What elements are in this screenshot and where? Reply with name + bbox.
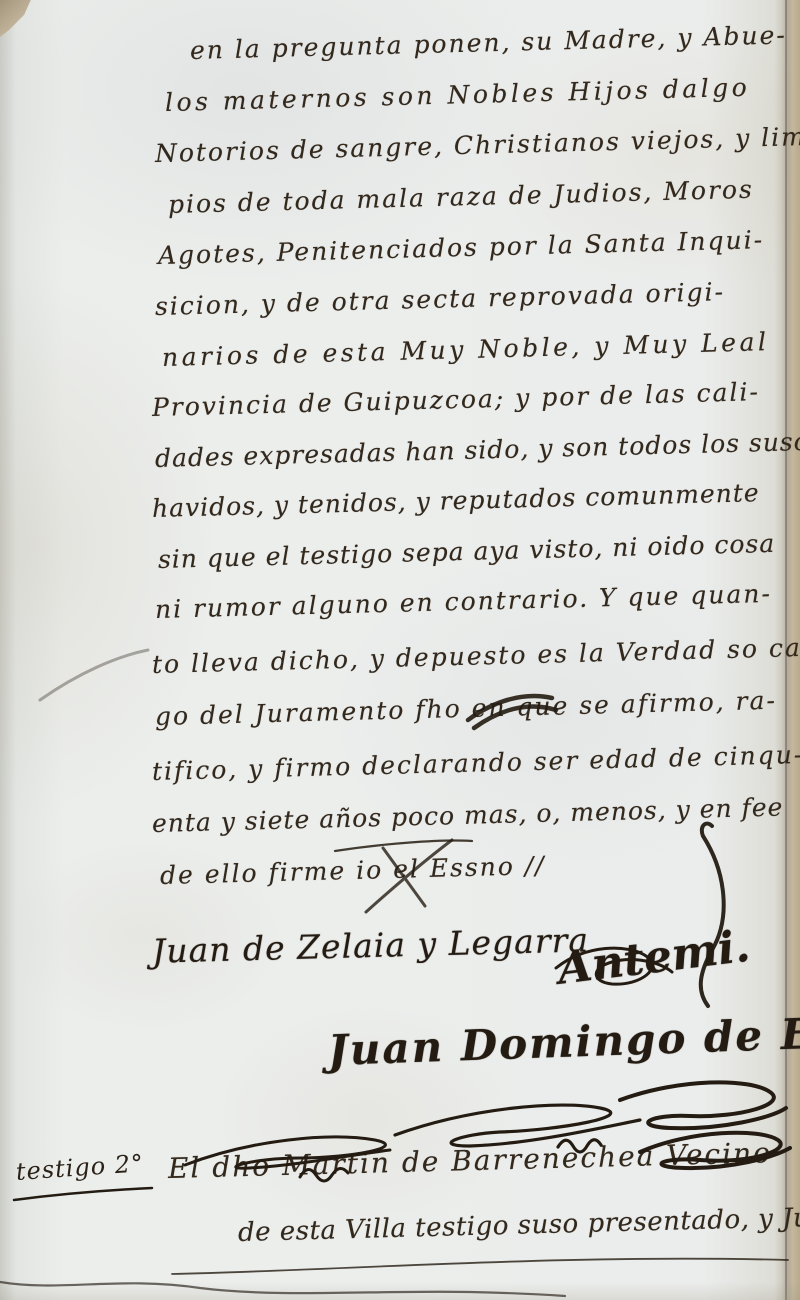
margin-smudge-stroke <box>40 650 148 700</box>
manuscript-line: enta y siete años poco mas, o, menos, y … <box>152 792 784 838</box>
margin-note-underline <box>14 1188 152 1200</box>
manuscript-line: de ello firme io el Essno // <box>160 851 546 890</box>
closing-rule-line <box>172 1259 788 1274</box>
manuscript-line: Agotes, Penitenciados por la Santa Inqui… <box>158 225 765 270</box>
tilde-bar-stroke <box>335 841 472 851</box>
margin-note-testigo-2: testigo 2° <box>15 1149 145 1186</box>
manuscript-line: sin que el testigo sepa aya visto, ni oi… <box>158 529 776 574</box>
manuscript-line: to lleva dicho, y depuesto es la Verdad … <box>152 632 800 679</box>
manuscript-line: El dho Martin de Barrenechea Vecino <box>168 1136 773 1185</box>
manuscript-line: en la pregunta ponen, su Madre, y Abue- <box>190 20 788 65</box>
manuscript-line: narios de esta Muy Noble, y Muy Leal <box>162 327 770 372</box>
manuscript-line: Provincia de Guipuzcoa; y por de las cal… <box>152 377 761 422</box>
manuscript-line: ni rumor alguno en contrario. Y que quan… <box>155 579 773 624</box>
manuscript-line: go del Juramento fho en que se afirmo, r… <box>155 686 778 731</box>
manuscript-line: los maternos son Nobles Hijos dalgo <box>165 73 751 117</box>
manuscript-line: Notorios de sangre, Christianos viejos, … <box>155 122 800 168</box>
witness-signature-zelaia: Juan de Zelaia y Legarra <box>152 920 590 970</box>
manuscript-line: de esta Villa testigo suso presentado, y… <box>238 1203 800 1248</box>
page-bottom-shadow <box>0 1282 800 1300</box>
antemi-flourish-tail <box>701 824 724 1006</box>
manuscript-line: havidos, y tenidos, y reputados comunmen… <box>152 478 760 523</box>
manuscript-page: en la pregunta ponen, su Madre, y Abue- … <box>0 0 800 1300</box>
page-left-shadow <box>0 0 16 1300</box>
manuscript-line: dades expresadas han sido, y son todos l… <box>155 425 800 473</box>
manuscript-line: sicion, y de otra secta reprovada origi- <box>155 277 726 321</box>
manuscript-line: tifico, y firmo declarando ser edad de c… <box>152 740 800 786</box>
notary-signature-elola: Juan Domingo de Elola <box>327 1006 800 1075</box>
manuscript-line: pios de toda mala raza de Judios, Moros <box>168 175 755 219</box>
